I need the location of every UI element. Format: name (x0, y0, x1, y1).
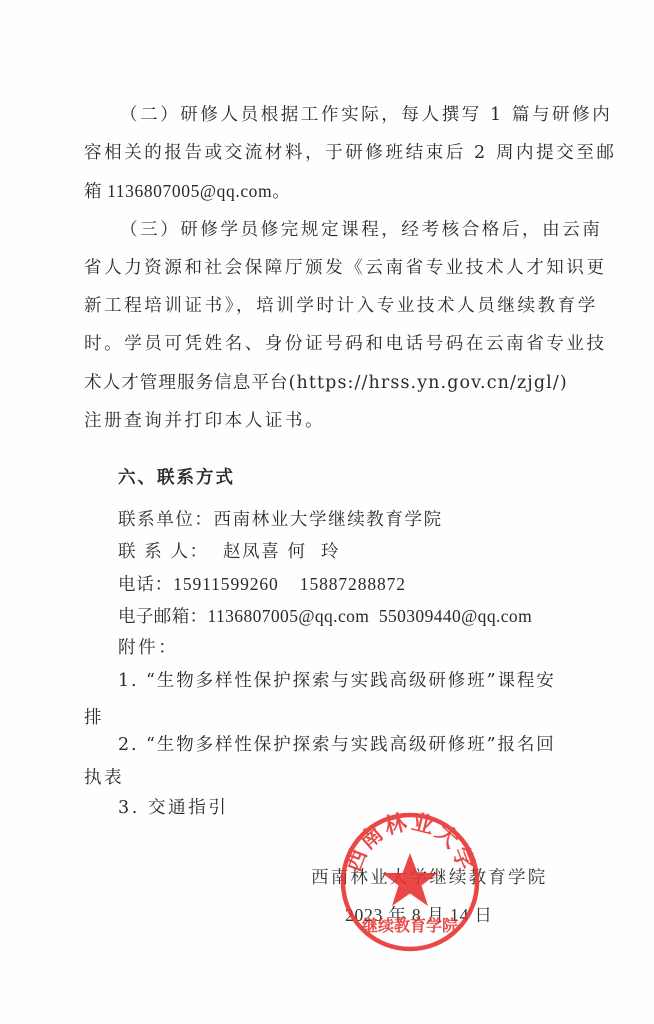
section-three-line-1: （三）研修学员修完规定课程，经考核合格后，由云南 (120, 219, 602, 241)
section-two-line-2: 容相关的报告或交流材料，于研修班结束后 2 周内提交至邮 (84, 142, 617, 164)
attachments-label: 附件： (118, 637, 178, 659)
document-page: （二）研修人员根据工作实际，每人撰写 1 篇与研修内 容相关的报告或交流材料，于… (0, 0, 654, 1024)
section-three-line-4: 时。学员可凭姓名、身份证号码和电话号码在云南省专业技 (84, 333, 607, 355)
contact-unit: 联系单位：西南林业大学继续教育学院 (118, 509, 443, 531)
section-three-line-3: 新工程培训证书》，培训学时计入专业技术人员继续教育学 (84, 295, 598, 317)
attachment-3-line-1: 3. 交通指引 (118, 797, 228, 819)
signature-organization: 西南林业大学继续教育学院 (311, 864, 547, 889)
section-two-line-1: （二）研修人员根据工作实际，每人撰写 1 篇与研修内 (120, 104, 612, 126)
section-three-line-6: 注册查询并打印本人证书。 (84, 410, 325, 432)
section-three-line-5-url: 术人才管理服务信息平台(https://hrss.yn.gov.cn/zjgl/… (84, 372, 568, 394)
attachment-1-line-2: 排 (84, 707, 104, 729)
attachment-2-line-1: 2. “生物多样性保护探索与实践高级研修班”报名回 (118, 734, 556, 756)
section-three-line-2: 省人力资源和社会保障厅颁发《云南省专业技术人才知识更 (84, 257, 607, 279)
contact-heading: 六、联系方式 (118, 467, 235, 489)
signature-date: 2023 年 8 月 14 日 (345, 902, 493, 927)
contact-person: 联 系 人： 赵凤喜 何 玲 (118, 541, 340, 563)
attachment-1-line-1: 1. “生物多样性保护探索与实践高级研修班”课程安 (118, 670, 556, 692)
attachment-2-line-2: 执表 (84, 767, 124, 789)
contact-phone: 电话：15911599260 15887288872 (118, 573, 406, 595)
section-two-line-3: 箱 1136807005@qq.com。 (84, 180, 290, 202)
contact-email: 电子邮箱：1136807005@qq.com 550309440@qq.com (118, 605, 532, 627)
